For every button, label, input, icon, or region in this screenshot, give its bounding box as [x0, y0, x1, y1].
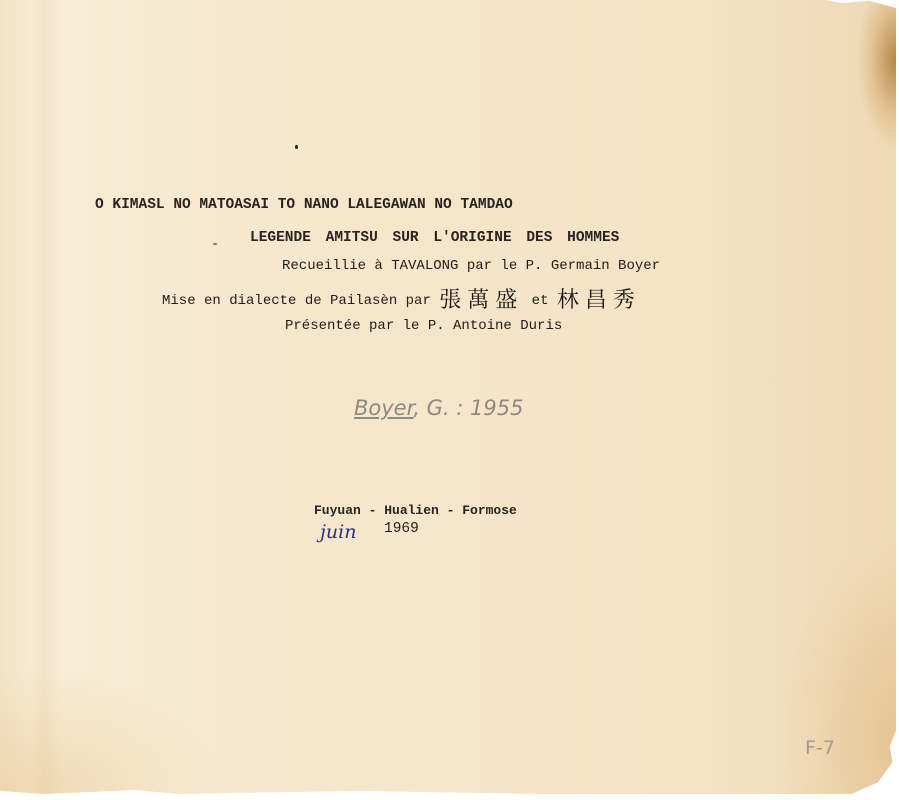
year: 1969 [384, 521, 419, 537]
reference-mark: F-7 [805, 737, 835, 759]
dialect-prefix: Mise en dialecte de Pailasèn par [162, 293, 431, 309]
catalog-author-rest: , G. : 1955 [413, 396, 523, 420]
presented-by-line: Présentée par le P. Antoine Duris [285, 318, 562, 334]
place-line: Fuyuan - Hualien - Formose [314, 503, 517, 518]
ink-speck [295, 145, 298, 149]
title-amis: O KIMASL NO MATOASAI TO NANO LALEGAWAN N… [95, 197, 513, 213]
title-french: LEGENDE AMITSU SUR L'ORIGINE DES HOMMES [250, 230, 619, 246]
catalog-author-name: Boyer [354, 396, 413, 420]
translator-1-name: 張萬盛 [439, 288, 523, 313]
dialect-line: Mise en dialecte de Pailasèn par 張萬盛 et … [162, 283, 641, 314]
catalog-pencil-annotation: Boyer, G. : 1955 [354, 396, 523, 420]
document-page: O KIMASL NO MATOASAI TO NANO LALEGAWAN N… [0, 0, 896, 794]
handwritten-month: juin [320, 521, 356, 543]
collected-by-line: Recueillie à TAVALONG par le P. Germain … [282, 258, 660, 274]
translator-2-name: 林昌秀 [557, 288, 641, 313]
ink-speck [213, 243, 217, 245]
dialect-conjunction: et [532, 293, 549, 309]
